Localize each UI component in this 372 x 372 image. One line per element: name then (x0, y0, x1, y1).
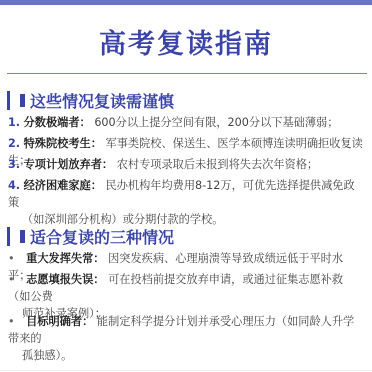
item-number: 1. (8, 116, 20, 129)
item-number: 4. (8, 179, 20, 192)
caution-item-3: 3. 专项计划放弃者： 农村专项录取后未报到将失去次年资格； (8, 156, 364, 173)
item-number: 2. (8, 137, 20, 150)
caution-item-4: 4. 经济困难家庭： 民办机构年均费用8-12万，可优先选择提供减免政策 （如深… (8, 177, 364, 228)
top-accent-bar (0, 0, 372, 5)
section-suitable-title: 适合复读的三种情况 (30, 225, 174, 248)
page-title: 高考复读指南 (0, 22, 372, 61)
item-label: 志愿填报失误： (26, 273, 104, 286)
bullet-icon: • (8, 252, 15, 265)
item-label: 经济困难家庭： (24, 179, 102, 192)
section-suitable-header: 适合复读的三种情况 (7, 225, 174, 248)
item-number: 3. (8, 158, 20, 171)
bullet-icon: • (8, 315, 15, 328)
section-caution-title: 这些情况复读需谨慎 (30, 89, 174, 112)
bottom-divider (0, 370, 372, 371)
item-text: 农村专项录取后未报到将失去次年资格； (117, 158, 318, 171)
section-marker-icon (20, 94, 25, 107)
section-caution-header: 这些情况复读需谨慎 (7, 89, 174, 112)
item-text: 600分以上提分空间有限，200分以下基础薄弱； (94, 116, 338, 129)
section-marker-icon (20, 230, 25, 243)
caution-item-1: 1. 分数极端者： 600分以上提分空间有限，200分以下基础薄弱； (8, 114, 364, 131)
item-label: 目标明确者： (26, 315, 93, 328)
item-label: 重大发挥失常： (26, 252, 104, 265)
item-text-cont: 孤独感）。 (8, 347, 364, 364)
bullet-icon: • (8, 273, 15, 286)
section-bar-icon (7, 227, 10, 246)
section-bar-icon (7, 91, 10, 110)
item-label: 分数极端者： (24, 116, 91, 129)
item-label: 专项计划放弃者： (24, 158, 114, 171)
item-label: 特殊院校考生： (24, 137, 102, 150)
title-divider (7, 73, 367, 74)
suitable-item-3: • 目标明确者： 能制定科学提分计划并承受心理压力（如同龄人升学带来的 孤独感）… (8, 313, 364, 364)
